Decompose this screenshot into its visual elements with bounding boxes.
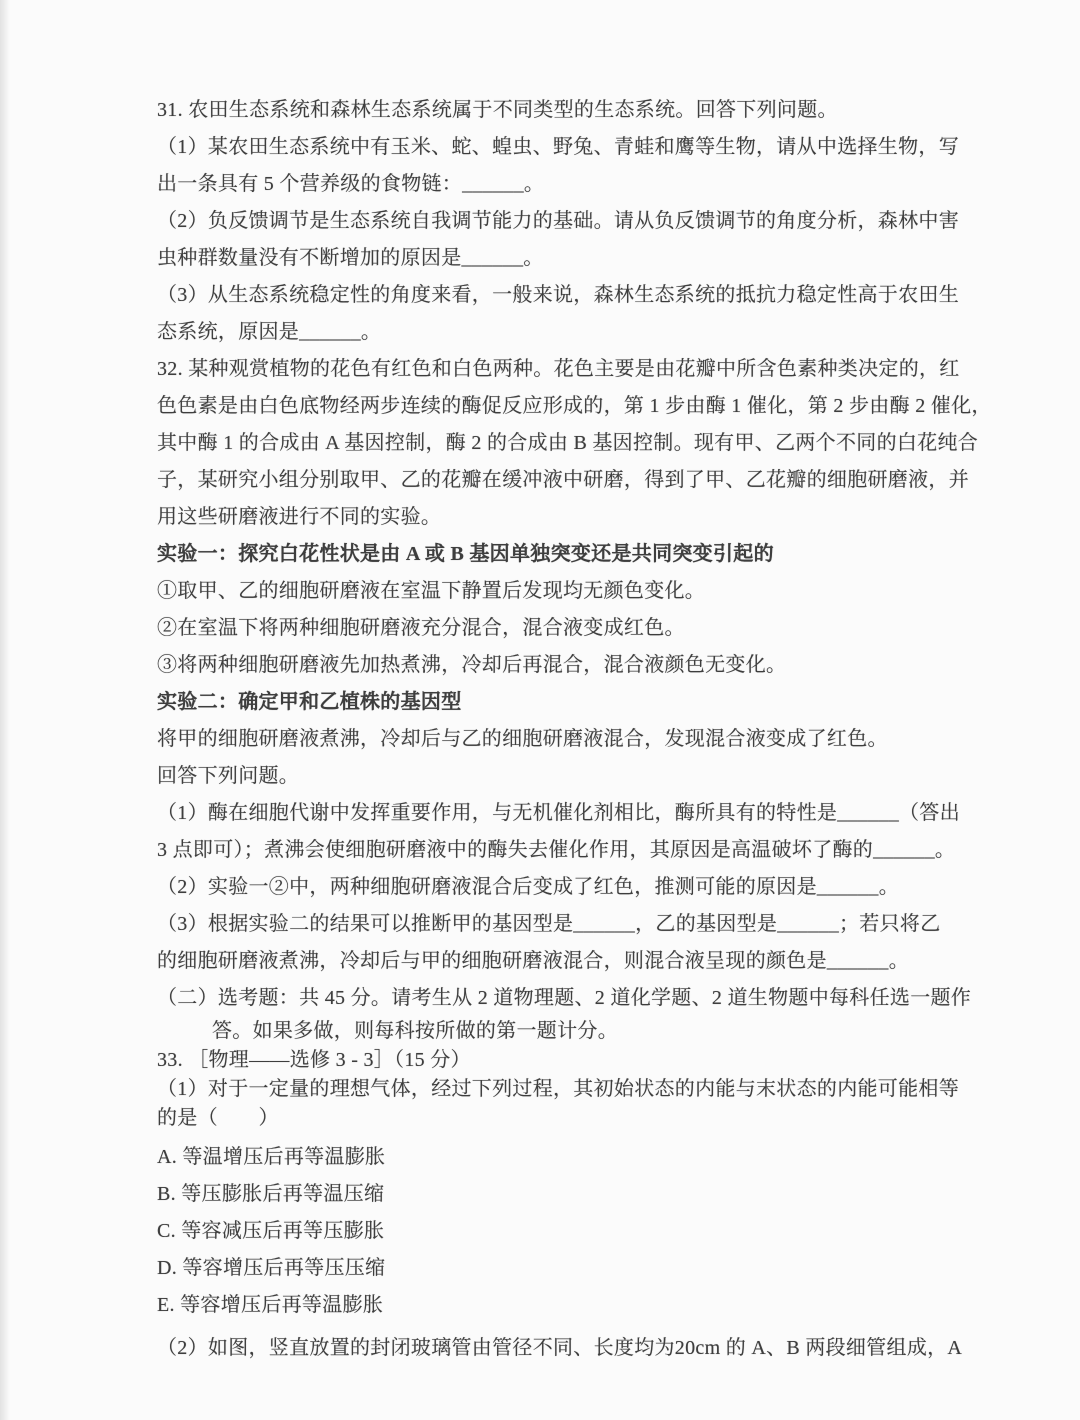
text-line: ③将两种细胞研磨液先加热煮沸，冷却后再混合，混合液颜色无变化。 xyxy=(157,647,947,684)
text-line: 态系统，原因是______。 xyxy=(157,314,947,351)
text-line: （3）根据实验二的结果可以推断甲的基因型是______，乙的基因型是______… xyxy=(157,906,947,943)
text-line: 出一条具有 5 个营养级的食物链：______。 xyxy=(157,166,947,203)
text-line: C. 等容减压后再等压膨胀 xyxy=(157,1213,947,1250)
text-line: （3）从生态系统稳定性的角度来看，一般来说，森林生态系统的抵抗力稳定性高于农田生 xyxy=(157,277,947,314)
text-line: （2）如图，竖直放置的封闭玻璃管由管径不同、长度均为20cm 的 A、B 两段细… xyxy=(157,1330,947,1367)
text-line: （1）酶在细胞代谢中发挥重要作用，与无机催化剂相比，酶所具有的特性是______… xyxy=(157,795,947,832)
text-line: D. 等容增压后再等压压缩 xyxy=(157,1250,947,1287)
text-line: （1）某农田生态系统中有玉米、蛇、蝗虫、野兔、青蛙和鹰等生物，请从中选择生物，写 xyxy=(157,129,947,166)
text-line: 答。如果多做，则每科按所做的第一题计分。 xyxy=(212,1017,947,1046)
text-line: 虫种群数量没有不断增加的原因是______。 xyxy=(157,240,947,277)
text-line: 其中酶 1 的合成由 A 基因控制，酶 2 的合成由 B 基因控制。现有甲、乙两… xyxy=(157,425,947,462)
text-line: B. 等压膨胀后再等温压缩 xyxy=(157,1176,947,1213)
text-line: E. 等容增压后再等温膨胀 xyxy=(157,1287,947,1324)
text-line: ①取甲、乙的细胞研磨液在室温下静置后发现均无颜色变化。 xyxy=(157,573,947,610)
text-line: 实验二：确定甲和乙植株的基因型 xyxy=(157,684,947,721)
text-line: （2）实验一②中，两种细胞研磨液混合后变成了红色，推测可能的原因是______。 xyxy=(157,869,947,906)
text-line: （二）选考题：共 45 分。请考生从 2 道物理题、2 道化学题、2 道生物题中… xyxy=(157,980,947,1017)
text-line: 子，某研究小组分别取甲、乙的花瓣在缓冲液中研磨，得到了甲、乙花瓣的细胞研磨液，并 xyxy=(157,462,947,499)
text-line: 3 点即可）；煮沸会使细胞研磨液中的酶失去催化作用，其原因是高温破坏了酶的___… xyxy=(157,832,947,869)
text-line: 的细胞研磨液煮沸，冷却后与甲的细胞研磨液混合，则混合液呈现的颜色是______。 xyxy=(157,943,947,980)
text-line: A. 等温增压后再等温膨胀 xyxy=(157,1139,947,1176)
text-line: 将甲的细胞研磨液煮沸，冷却后与乙的细胞研磨液混合，发现混合液变成了红色。 xyxy=(157,721,947,758)
text-line: 31. 农田生态系统和森林生态系统属于不同类型的生态系统。回答下列问题。 xyxy=(157,92,947,129)
text-line: 用这些研磨液进行不同的实验。 xyxy=(157,499,947,536)
text-line: 回答下列问题。 xyxy=(157,758,947,795)
scanned-exam-document: 31. 农田生态系统和森林生态系统属于不同类型的生态系统。回答下列问题。（1）某… xyxy=(0,0,1080,1420)
text-line: 实验一：探究白花性状是由 A 或 B 基因单独突变还是共同突变引起的 xyxy=(157,536,947,573)
text-line: 色色素是由白色底物经两步连续的酶促反应形成的，第 1 步由酶 1 催化，第 2 … xyxy=(157,388,947,425)
text-line: （2）负反馈调节是生态系统自我调节能力的基础。请从负反馈调节的角度分析，森林中害 xyxy=(157,203,947,240)
text-line: 32. 某种观赏植物的花色有红色和白色两种。花色主要是由花瓣中所含色素种类决定的… xyxy=(157,351,947,388)
text-line: 33. ［物理——选修 3 - 3］（15 分） xyxy=(157,1046,947,1075)
exam-text-block: 31. 农田生态系统和森林生态系统属于不同类型的生态系统。回答下列问题。（1）某… xyxy=(157,92,947,1367)
text-line: （1）对于一定量的理想气体，经过下列过程，其初始状态的内能与末状态的内能可能相等 xyxy=(157,1075,947,1104)
text-line: 的是（ ） xyxy=(157,1104,947,1133)
text-line: ②在室温下将两种细胞研磨液充分混合，混合液变成红色。 xyxy=(157,610,947,647)
